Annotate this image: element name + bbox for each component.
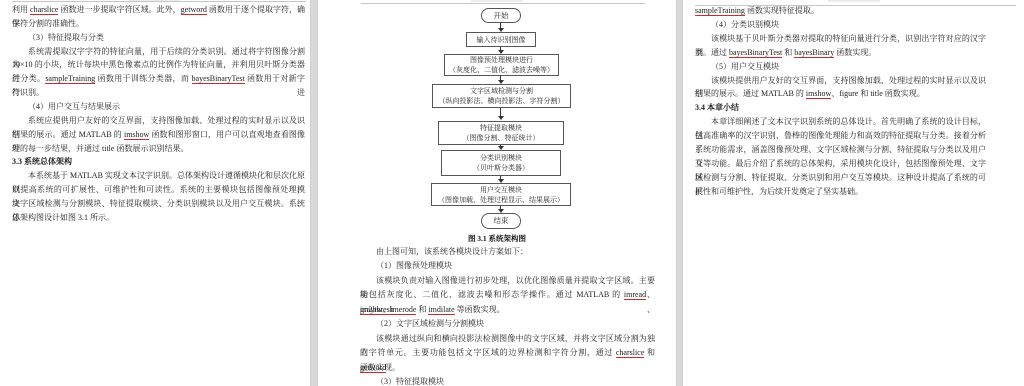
text-line: 理的每一步结果，并通过 title 函数展示识别结果。 [12, 142, 305, 156]
flow-node-label: 图像预处理模块进行 [470, 55, 533, 65]
document-page-right: sampleTraining 函数实现特征提取。（4）分类识别模块该模块基于贝叶… [683, 0, 1024, 386]
flow-node-label: 用户交互模块 [480, 185, 522, 195]
underlined-term: bayesBinaryTest [729, 48, 782, 58]
text-line: （3）特征提取模块 [360, 375, 655, 386]
flow-node-sublabel: （纵向投影法、横向投影法、字符分割） [439, 96, 565, 106]
page-gap [310, 0, 318, 386]
figure-caption: 图 3.1 系统架构图 [318, 233, 676, 244]
text-line: 该模块负责对输入图像进行初步处理，以优化图像质量并提取文字区域。主要功 [360, 274, 655, 288]
flow-node-start: 开始 [481, 8, 521, 23]
flow-arrow-down-icon [500, 176, 501, 180]
document-page-middle: 开始 输入待识别图像 图像预处理模块进行 （灰度化、二值化、滤波去噪等） 文字区… [318, 0, 676, 386]
text-line: 以提高系统的可扩展性、可维护性和可读性。系统的主要模块包括图像预处理模块、 [12, 183, 305, 197]
flow-node-end: 结束 [481, 213, 521, 229]
underlined-term: sampleTraining [45, 74, 95, 84]
page-gap [676, 0, 683, 386]
underlined-term: sampleTraining [695, 6, 745, 16]
text-line: 的字符单元。主要功能包括文字区域的边界检测和字符分割，通过 charslice … [360, 346, 655, 360]
underlined-term: imshow [124, 130, 149, 140]
text-line: （2）文字区域检测与分割模块 [360, 317, 655, 331]
text-line: （3）特征提取与分类 [12, 31, 305, 45]
text-line: 结果的展示。通过 MATLAB 的 imshow、figure 和 title … [695, 87, 986, 101]
text-line: 10×10 的小块，统计每块中黑色像素点的比例作为特征向量，并利用贝叶斯分类器进 [12, 58, 305, 72]
flow-arrow-down-icon [500, 206, 501, 210]
flow-node-label: 分类识别模块 [480, 153, 522, 163]
flow-arrow-down-icon [500, 47, 501, 51]
text-line: 本章详细阐述了文本汉字识别系统的总体设计。首先明确了系统的设计目标，包 [695, 115, 986, 129]
text-line: sampleTraining 函数实现特征提取。 [695, 4, 986, 18]
underlined-term: charslice [616, 348, 644, 358]
text-line: 互等功能。最后介绍了系统的总体架构，采用模块化设计，包括图像预处理、文字区 [695, 157, 986, 171]
underlined-term: bayesBinaryTest [192, 74, 245, 84]
flow-node-sublabel: （贝叶斯分类器） [473, 163, 529, 173]
text-line: 展性和可维护性，为后续开发奠定了坚实基础。 [695, 185, 986, 199]
flow-node-feature-extraction: 特征提取模块 （图像分割、特征统计） [438, 121, 564, 145]
page-header-rule [12, 1, 306, 2]
flow-node-label: 输入待识别图像 [477, 35, 526, 45]
flow-node-label: 文字区域检测与分割 [470, 86, 533, 96]
text-line: 该模块提供用户友好的交互界面，支持图像加载、处理过程的实时显示以及识别 [695, 74, 986, 88]
page-middle-text: 由上图可知，该系统各模块设计方案如下：（1）图像预处理模块该模块负责对输入图像进… [360, 245, 655, 386]
flow-node-classification: 分类识别模块 （贝叶斯分类器） [441, 150, 561, 176]
text-line: （5）用户交互模块 [695, 60, 986, 74]
flow-node-sublabel: （灰度化、二值化、滤波去噪等） [449, 65, 554, 75]
page-right-text: sampleTraining 函数实现特征提取。（4）分类识别模块该模块基于贝叶… [695, 4, 986, 199]
system-architecture-flowchart: 开始 输入待识别图像 图像预处理模块进行 （灰度化、二值化、滤波去噪等） 文字区… [318, 0, 676, 245]
text-line: 字符分割的准确性。 [12, 17, 305, 31]
text-line: （4）用户交互与结果展示 [12, 100, 305, 114]
heading-line: 3.3 系统总体架构 [12, 155, 305, 169]
flow-node-preprocessing: 图像预处理模块进行 （灰度化、二值化、滤波去噪等） [444, 54, 559, 76]
text-line: 系统需提取汉字字符的特征向量，用于后续的分类识别。通过将字符图像分割为 [12, 45, 305, 59]
text-line: 该模块基于贝叶斯分类器对提取的特征向量进行分类，识别出字符对应的汉字类 [695, 32, 986, 46]
underlined-term: getword [181, 5, 207, 15]
flow-arrow-down-icon [500, 145, 501, 147]
flow-arrow-down-icon [500, 108, 501, 117]
text-line: 体架构图设计如图 3.1 所示。 [12, 211, 305, 225]
flow-node-text-detection: 文字区域检测与分割 （纵向投影法、横向投影法、字符分割） [432, 84, 571, 108]
text-line: 能包括灰度化、二值化、滤波去噪和形态学操作。通过 MATLAB 的 imread… [360, 288, 655, 302]
text-line: 函数实现。 [360, 361, 655, 375]
document-page-left: 利用 charslice 函数进一步提取字符区域。此外，getword 函数用于… [0, 0, 310, 386]
page-header-remnant [828, 0, 880, 2]
text-line: 行分类。sampleTraining 函数用于训练分类器，而 bayesBina… [12, 72, 305, 86]
flow-node-user-interaction: 用户交互模块 （图像加载、处理过程显示、结果展示） [431, 183, 571, 206]
underlined-term: charslice [30, 5, 58, 15]
text-line: 文字区域检测与分割模块、特征提取模块、分类识别模块以及用户交互模块。系统总 [12, 197, 305, 211]
flow-node-label: 特征提取模块 [480, 123, 522, 133]
text-line: 括高准确率的汉字识别、鲁棒的图像处理能力和高效的特征提取与分类。接着分析了 [695, 129, 986, 143]
flow-node-sublabel: （图像加载、处理过程显示、结果展示） [438, 195, 564, 205]
text-line: 利用 charslice 函数进一步提取字符区域。此外，getword 函数用于… [12, 3, 305, 17]
page-left-text: 利用 charslice 函数进一步提取字符区域。此外，getword 函数用于… [12, 3, 305, 225]
text-line: （1）图像预处理模块 [360, 259, 655, 273]
text-line: 由上图可知，该系统各模块设计方案如下： [360, 245, 655, 259]
flow-node-label: 结束 [494, 216, 509, 226]
text-line: 本系统基于 MATLAB 实现文本汉字识别。总体架构设计遵循模块化和层次化原则， [12, 169, 305, 183]
flow-arrow-down-icon [500, 76, 501, 81]
text-line: （4）分类识别模块 [695, 18, 986, 32]
text-line: 结果的展示。通过 MATLAB 的 imshow 函数和图形窗口，用户可以直观地… [12, 128, 305, 142]
underlined-term: bayesBinary [794, 48, 834, 58]
flow-node-input-image: 输入待识别图像 [466, 32, 536, 47]
underlined-term: imread [624, 290, 646, 300]
text-line: 系统功能需求，涵盖图像预处理、文字区域检测与分割、特征提取与分类以及用户交 [695, 143, 986, 157]
underlined-term: imdilate [428, 305, 454, 315]
underlined-term: imerode [390, 305, 416, 315]
heading-line: 3.4 本章小结 [695, 101, 986, 115]
text-line: 该模块通过纵向和横向投影法检测图像中的文字区域，并将文字区域分割为独立 [360, 332, 655, 346]
flow-arrow-down-icon [500, 23, 501, 29]
text-line: 别。通过 bayesBinaryTest 和 bayesBinary 函数实现。 [695, 46, 986, 60]
text-line: 系统应提供用户友好的交互界面，支持图像加载、处理过程的实时显示以及识别 [12, 114, 305, 128]
flow-node-label: 开始 [494, 11, 509, 21]
flow-node-sublabel: （图像分割、特征统计） [463, 133, 540, 143]
underlined-term: imshow [806, 89, 831, 99]
text-line: 域检测与分割、特征提取、分类识别和用户交互等模块。这种设计提高了系统的可扩 [695, 171, 986, 185]
